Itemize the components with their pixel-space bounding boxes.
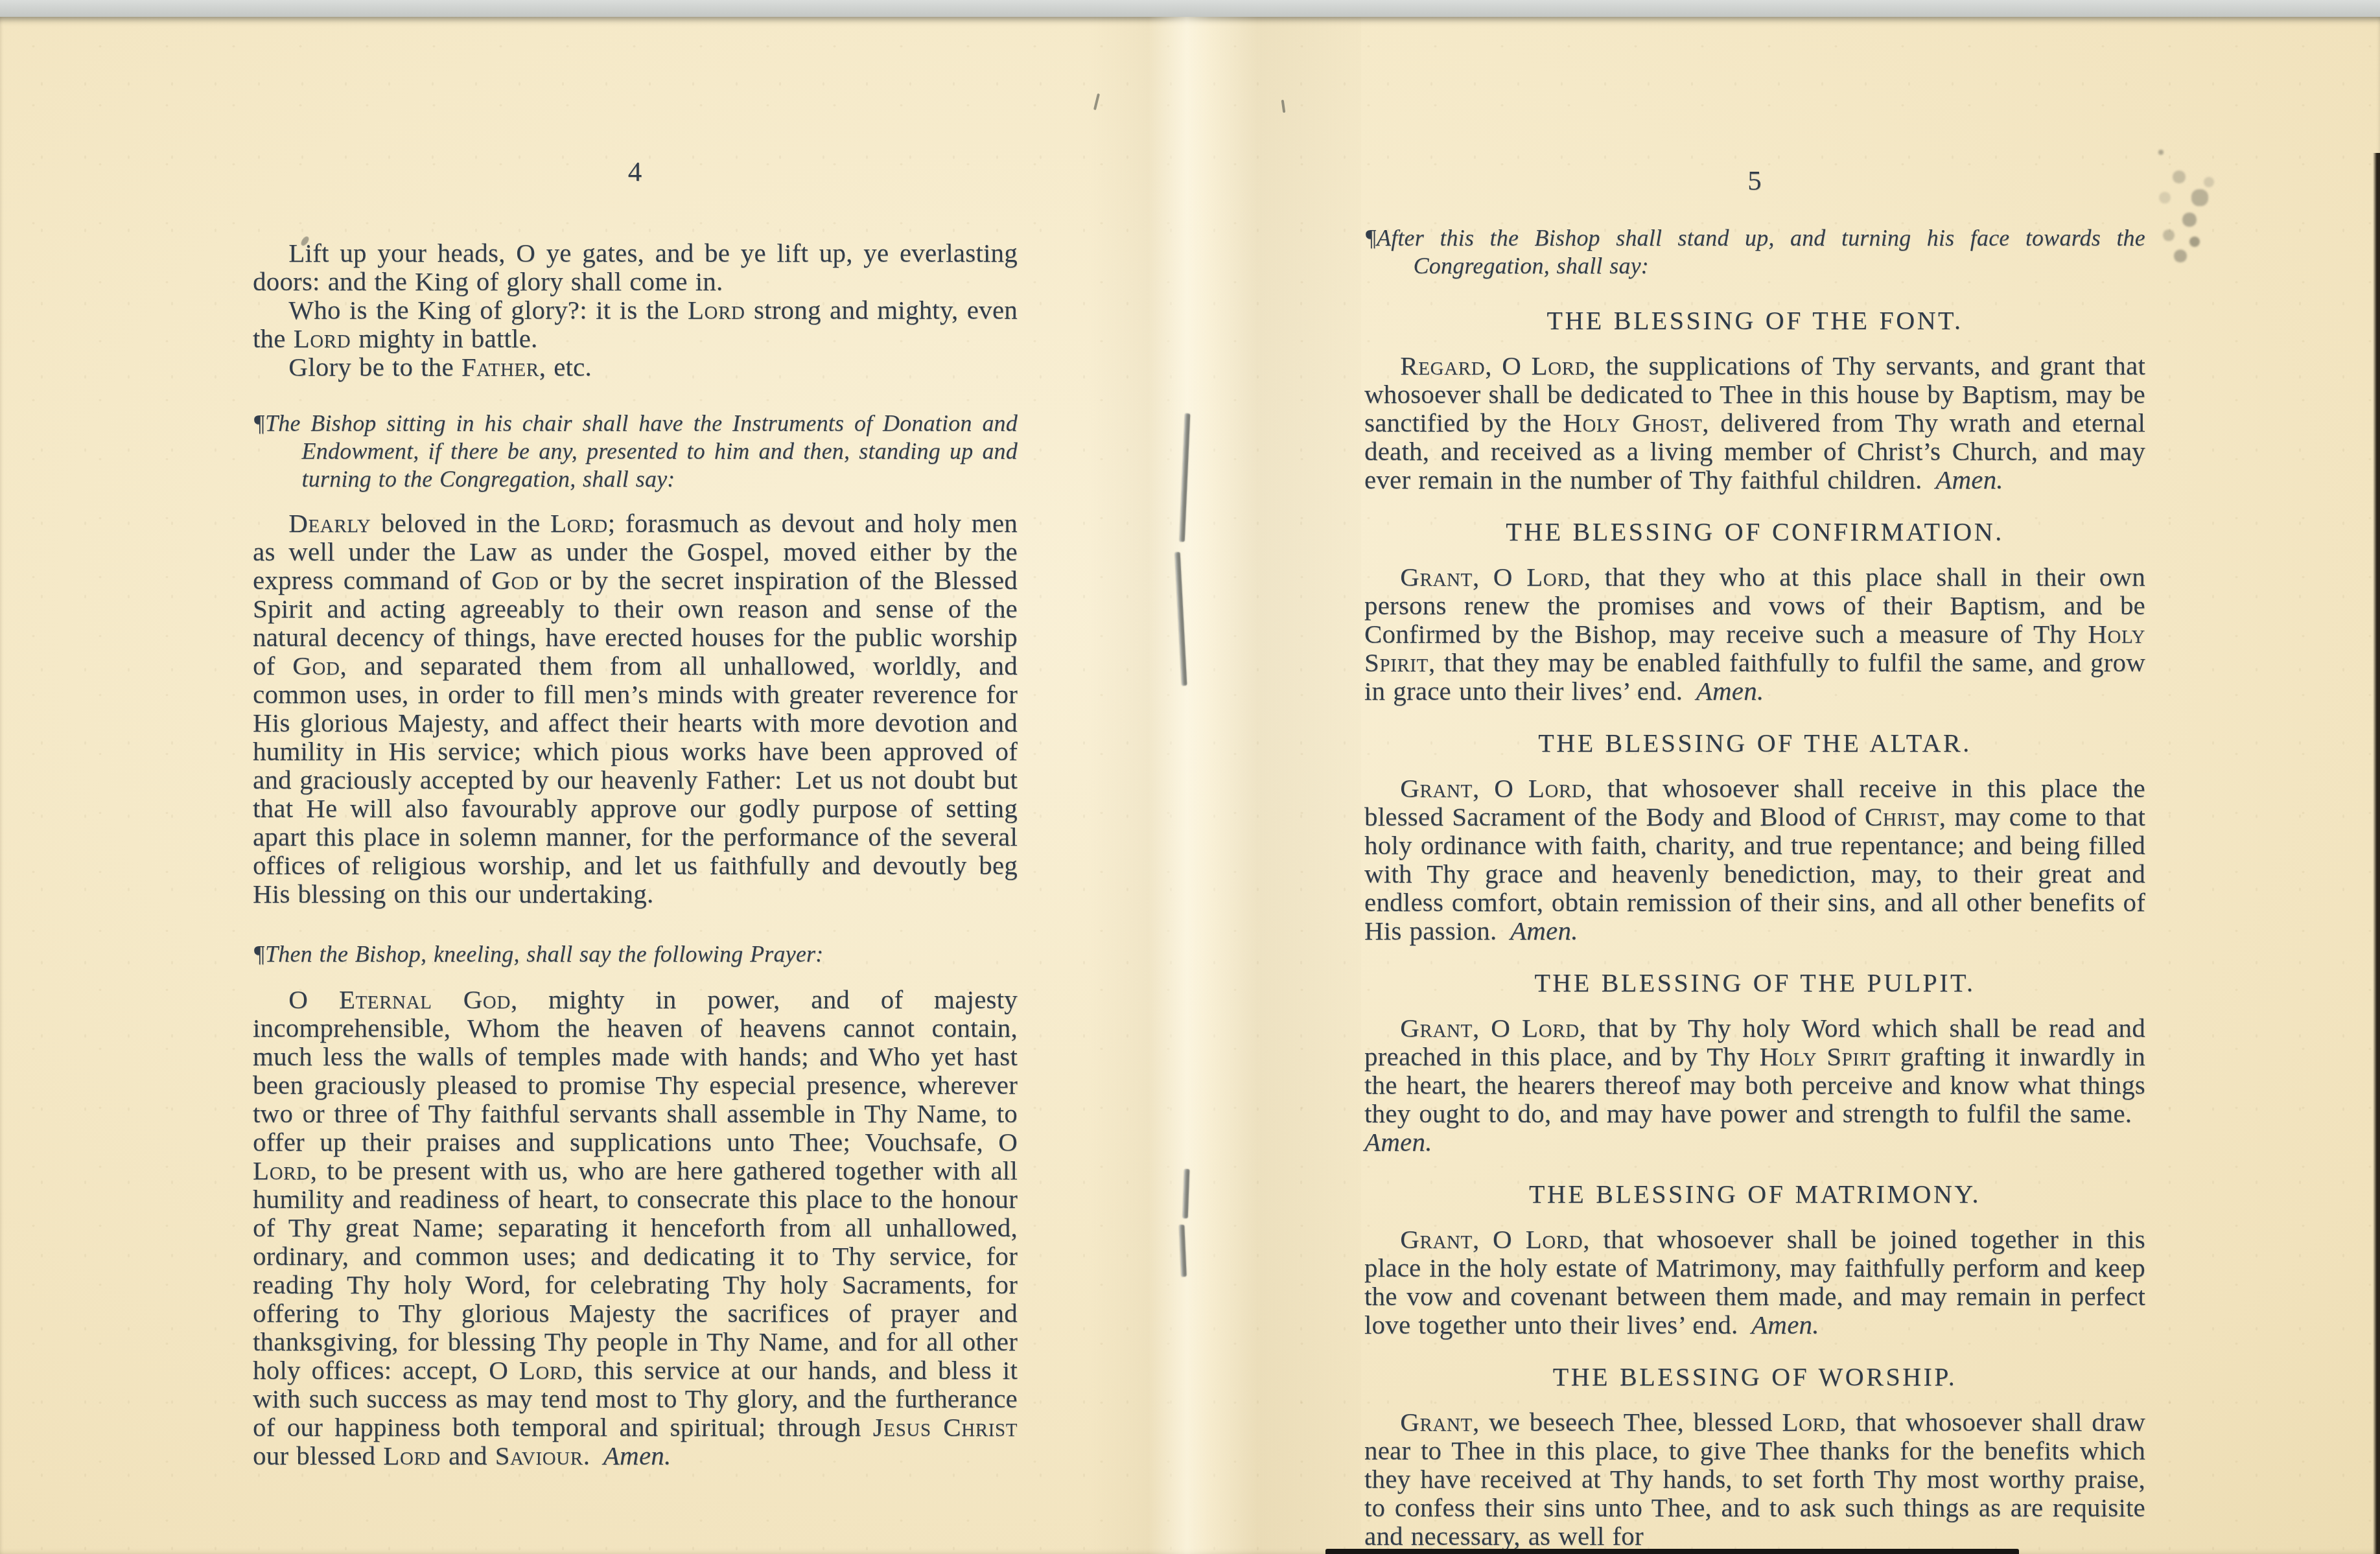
blessing-confirmation-paragraph: Grant, O Lord, that they who at this pla… (1364, 562, 2145, 705)
page-left: 4 Lift up your heads, O ye gates, and be… (253, 158, 1018, 1470)
blessing-worship-paragraph: Grant, we beseech Thee, blessed Lord, th… (1364, 1408, 2145, 1550)
gutter-fold-shadow (1089, 17, 1361, 1554)
blessing-font-paragraph: Regard, O Lord, the supplications of Thy… (1364, 351, 2145, 494)
open-booklet-paper: 4 Lift up your heads, O ye gates, and be… (0, 17, 2380, 1554)
verse-paragraph-2: Who is the King of glory?: it is the Lor… (253, 296, 1018, 353)
heading-blessing-altar: THE BLESSING OF THE ALTAR. (1364, 728, 2145, 758)
rubric-bishop-kneeling: ¶Then the Bishop, kneeling, shall say th… (253, 940, 1018, 968)
exhortation-paragraph: Dearly beloved in the Lord; forasmuch as… (253, 509, 1018, 908)
verse-paragraph-3: Glory be to the Father, etc. (253, 353, 1018, 381)
heading-blessing-font: THE BLESSING OF THE FONT. (1364, 306, 2145, 336)
rubric-bishop-stand-up: ¶After this the Bishop shall stand up, a… (1364, 224, 2145, 280)
heading-blessing-pulpit: THE BLESSING OF THE PULPIT. (1364, 968, 2145, 998)
ink-smudge-top-right (2158, 150, 2164, 155)
blessing-altar-paragraph: Grant, O Lord, that whosoever shall rece… (1364, 774, 2145, 945)
consecration-prayer-paragraph: O Eternal God, mighty in power, and of m… (253, 985, 1018, 1470)
blessing-matrimony-paragraph: Grant, O Lord, that whosoever shall be j… (1364, 1225, 2145, 1339)
page-number-right: 5 (1364, 167, 2145, 196)
page-right: 5 ¶After this the Bishop shall stand up,… (1364, 167, 2145, 1550)
scanner-bed-strip (0, 0, 2380, 18)
book-scan: 4 Lift up your heads, O ye gates, and be… (0, 0, 2380, 1554)
page-number-left: 4 (253, 158, 1018, 187)
heading-blessing-worship: THE BLESSING OF WORSHIP. (1364, 1362, 2145, 1392)
heading-blessing-matrimony: THE BLESSING OF MATRIMONY. (1364, 1179, 2145, 1209)
heading-blessing-confirmation: THE BLESSING OF CONFIRMATION. (1364, 517, 2145, 547)
page-edge-shadow-bottom (1325, 1549, 2019, 1554)
blessing-pulpit-paragraph: Grant, O Lord, that by Thy holy Word whi… (1364, 1014, 2145, 1156)
page-edge-shadow-right (2373, 153, 2380, 1554)
verse-paragraph-1: Lift up your heads, O ye gates, and be y… (253, 238, 1018, 296)
rubric-bishop-sitting: ¶The Bishop sitting in his chair shall h… (253, 410, 1018, 493)
